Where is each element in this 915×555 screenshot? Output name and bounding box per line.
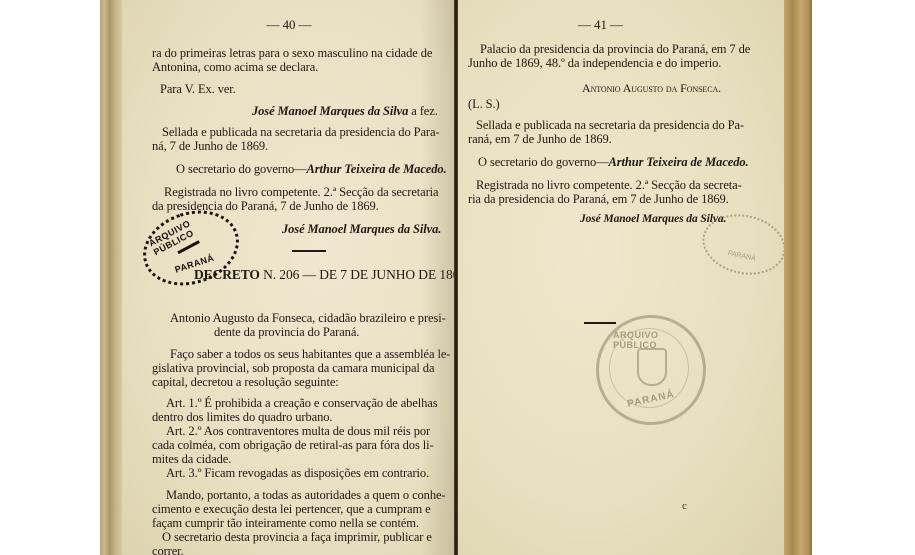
article-line: Art. 2.º Aos contraventores multa de dou… [166, 424, 430, 438]
text-line: ra do primeiras letras para o sexo mascu… [152, 46, 432, 60]
article-line: Art. 3.º Ficam revogadas as disposições … [166, 466, 429, 480]
page-40: — 40 — ra do primeiras letras para o sex… [122, 0, 456, 555]
secretario-line: O secretario do governo—Arthur Teixeira … [176, 162, 447, 176]
text-line: Sellada e publicada na secretaria da pre… [476, 118, 744, 132]
text-line: ria da presidencia do Paraná, em 7 de Ju… [468, 192, 729, 206]
article-line: dentro dos limites do quadro urbano. [152, 410, 332, 424]
margin-mark: c [682, 500, 687, 512]
book-gutter [454, 0, 458, 555]
text-line: Registrada no livro competente. 2.ª Secç… [476, 178, 742, 192]
book-edge-right [784, 0, 812, 555]
text-line: ná, 7 de Junho de 1869. [152, 139, 268, 153]
text-line: gislativa provincial, sob proposta da ca… [152, 361, 434, 375]
page-number: — 40 — [122, 18, 456, 32]
text-line: Sellada e publicada na secretaria da pre… [162, 125, 440, 139]
book-edge-left [100, 0, 122, 555]
archive-seal: ARQUIVO PÚBLICO PARANÁ [596, 315, 706, 425]
text-line: cimento e execução desta lei pertencer, … [152, 502, 431, 516]
text-line: dente da provincia do Paraná. [214, 325, 359, 339]
text-line: correr. [152, 544, 184, 555]
secretario-name: Arthur Teixeira de Macedo. [609, 155, 749, 169]
page-number: — 41 — [578, 18, 623, 32]
text-line: capital, decretou a resolução seguinte: [152, 375, 339, 389]
seal-mark: (L. S.) [468, 97, 500, 111]
article-line: cada colméa, com obrigação de retiral-as… [152, 438, 434, 452]
faded-stamp-text: PARANÁ [727, 250, 756, 263]
archive-stamp: ARQUIVO PÚBLICO PARANÁ [133, 199, 248, 298]
article-line: mites da cidade. [152, 452, 231, 466]
open-book: — 40 — ra do primeiras letras para o sex… [100, 0, 812, 555]
text-line: Registrada no livro competente. 2.ª Secç… [164, 185, 438, 199]
text-line: Faço saber a todos os seus habitantes qu… [170, 347, 450, 361]
text-line: Palacio da presidencia da provincia do P… [480, 42, 750, 56]
text-line: raná, em 7 de Junho de 1869. [468, 132, 612, 146]
text-line: Antonina, como acima se declara. [152, 60, 318, 74]
gutter-shadow [420, 0, 454, 555]
signatory: Antonio Augusto da Fonseca. [582, 81, 721, 95]
separator-rule [292, 250, 326, 252]
decree-title: DECRETO [194, 267, 260, 282]
page-41: — 41 — Palacio da presidencia da provinc… [456, 0, 784, 555]
signature: José Manoel Marques da Silva. [580, 212, 726, 226]
text-line: façam cumprir tão inteiramente como nell… [152, 516, 419, 530]
text-line: Antonio Augusto da Fonseca, cidadão braz… [170, 311, 446, 325]
signature-name: José Manoel Marques da Silva [252, 104, 408, 118]
signature: José Manoel Marques da Silva. [282, 222, 441, 236]
secretario-prefix: O secretario do governo— [176, 162, 307, 176]
text-line: Mando, portanto, a todas as autoridades … [166, 488, 446, 502]
text-line: O secretario desta provincia a faça impr… [162, 530, 432, 544]
separator-rule [584, 322, 616, 324]
secretario-line: O secretario do governo—Arthur Teixeira … [478, 155, 749, 169]
article-line: Art. 1.º É prohibida a creação e conserv… [166, 396, 438, 410]
coat-of-arms-icon [637, 348, 667, 386]
para-v-ex: Para V. Ex. ver. [160, 82, 236, 96]
secretario-prefix: O secretario do governo— [478, 155, 609, 169]
text-line: Junho de 1869, 48.º da independencia e d… [468, 56, 721, 70]
seal-top-text: ARQUIVO PÚBLICO [613, 330, 703, 350]
signature: José Manoel Marques da Silva a fez. [252, 104, 438, 118]
